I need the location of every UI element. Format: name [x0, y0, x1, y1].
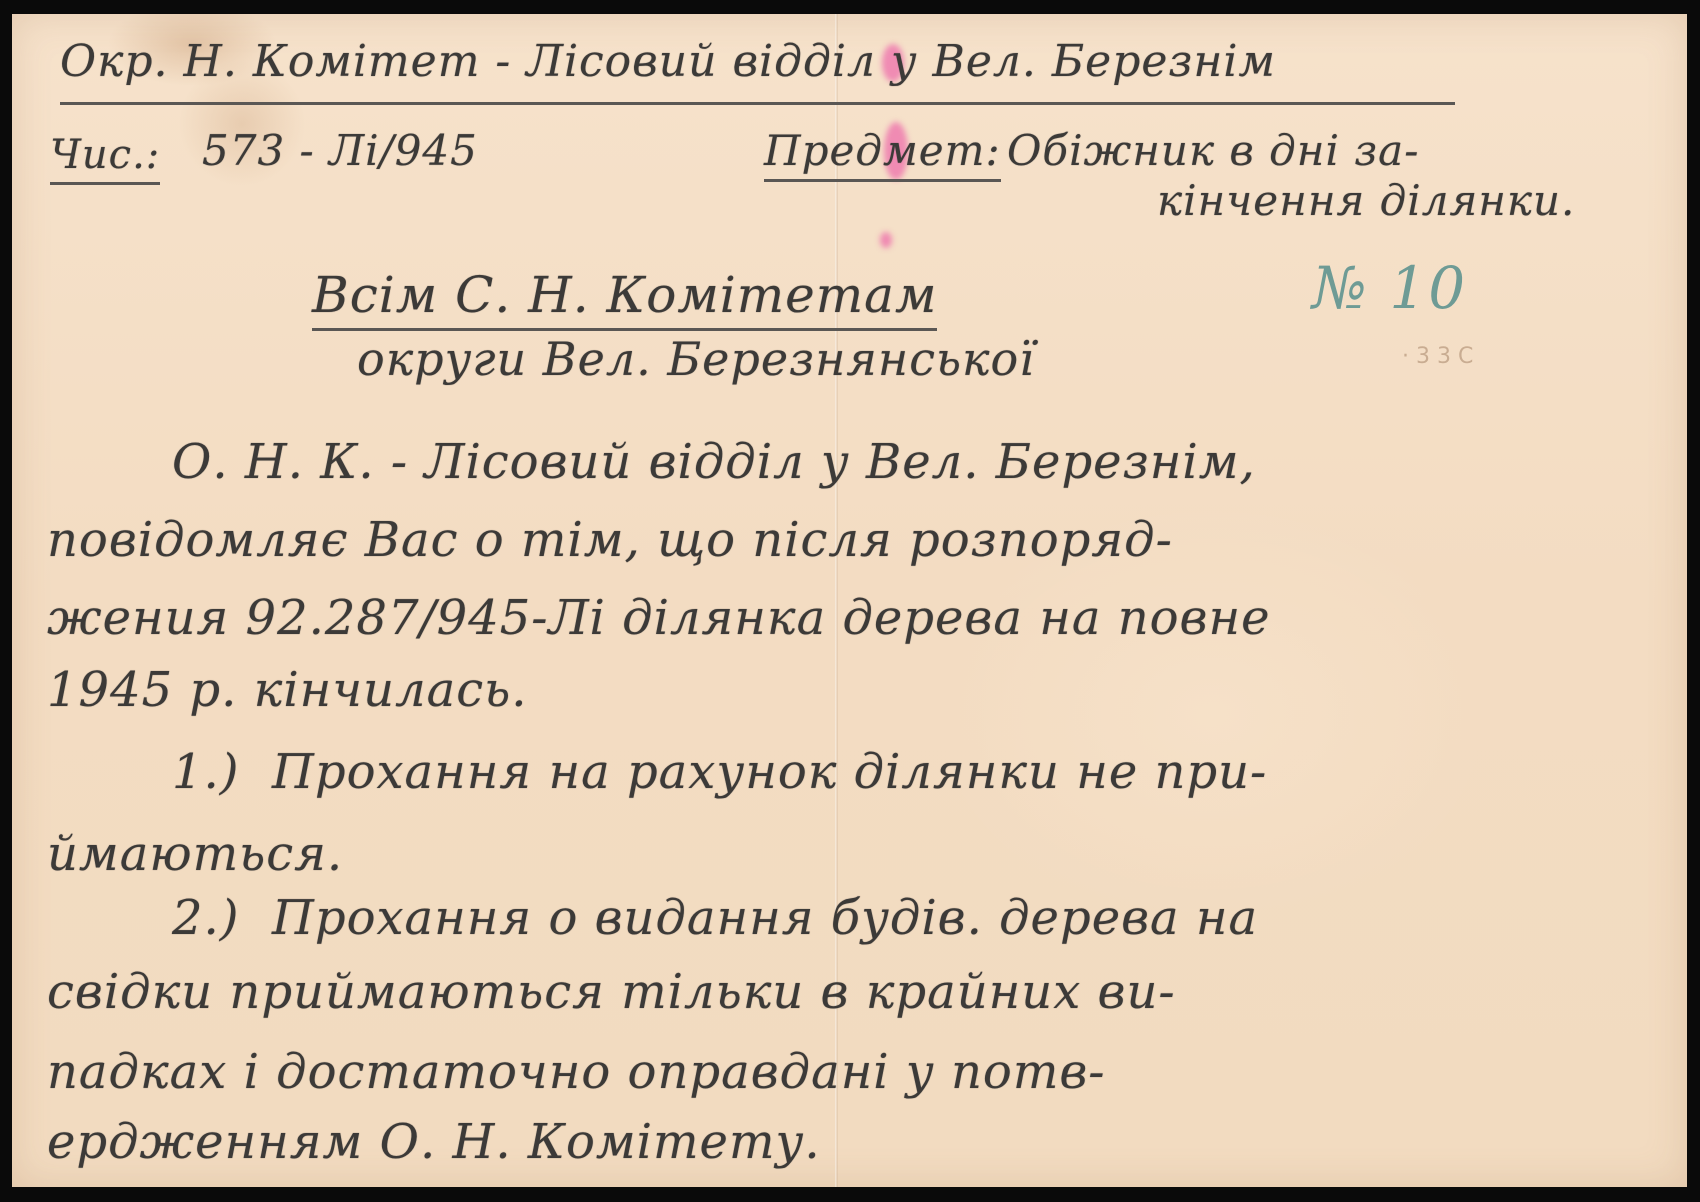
item-2-line-3: падках і достаточно оправдані у потв-: [47, 1044, 1106, 1100]
item-1-label: 1.): [172, 744, 240, 800]
pink-pencil-mark: [880, 232, 892, 248]
addressee-line-1: Всім С. Н. Комітетам: [312, 266, 937, 331]
header-underline: [60, 102, 1455, 105]
body-line-3: жения 92.287/945-Лі ділянка дерева на по…: [47, 590, 1270, 646]
item-2-label: 2.): [172, 890, 240, 946]
subject-label: Предмет:: [764, 126, 1001, 182]
body-line-2: повідомляє Вас о тім, що після розпоряд-: [47, 512, 1173, 568]
ref-label: Чис.:: [50, 132, 160, 185]
item-2-line-4: ердженням О. Н. Комітету.: [47, 1114, 821, 1170]
faint-stamp-residue: · 3 3 C: [1402, 344, 1473, 369]
body-line-4: 1945 р. кінчилась.: [47, 662, 528, 718]
item-2-line-1: Прохання о видання будів. дерева на: [272, 890, 1258, 946]
subject-line-2: кінчення ділянки.: [1157, 176, 1575, 225]
item-2-line-2: свідки приймаються тільки в крайних ви-: [47, 964, 1176, 1020]
ref-number: 573 - Лі/945: [202, 126, 478, 175]
subject-line-1: Обіжник в дні за-: [1007, 126, 1419, 175]
paper-sheet: Окр. Н. Комітет - Лісовий відділ у Вел. …: [12, 14, 1687, 1187]
registry-number: № 10: [1312, 254, 1467, 322]
header-organization: Окр. Н. Комітет - Лісовий відділ у Вел. …: [60, 36, 1276, 87]
item-1-line-1: Прохання на рахунок ділянки не при-: [272, 744, 1267, 800]
addressee-line-2: округи Вел. Березнянської: [357, 332, 1035, 386]
item-1-line-2: ймаються.: [47, 826, 343, 882]
body-line-1: О. Н. К. - Лісовий відділ у Вел. Березні…: [172, 434, 1256, 490]
